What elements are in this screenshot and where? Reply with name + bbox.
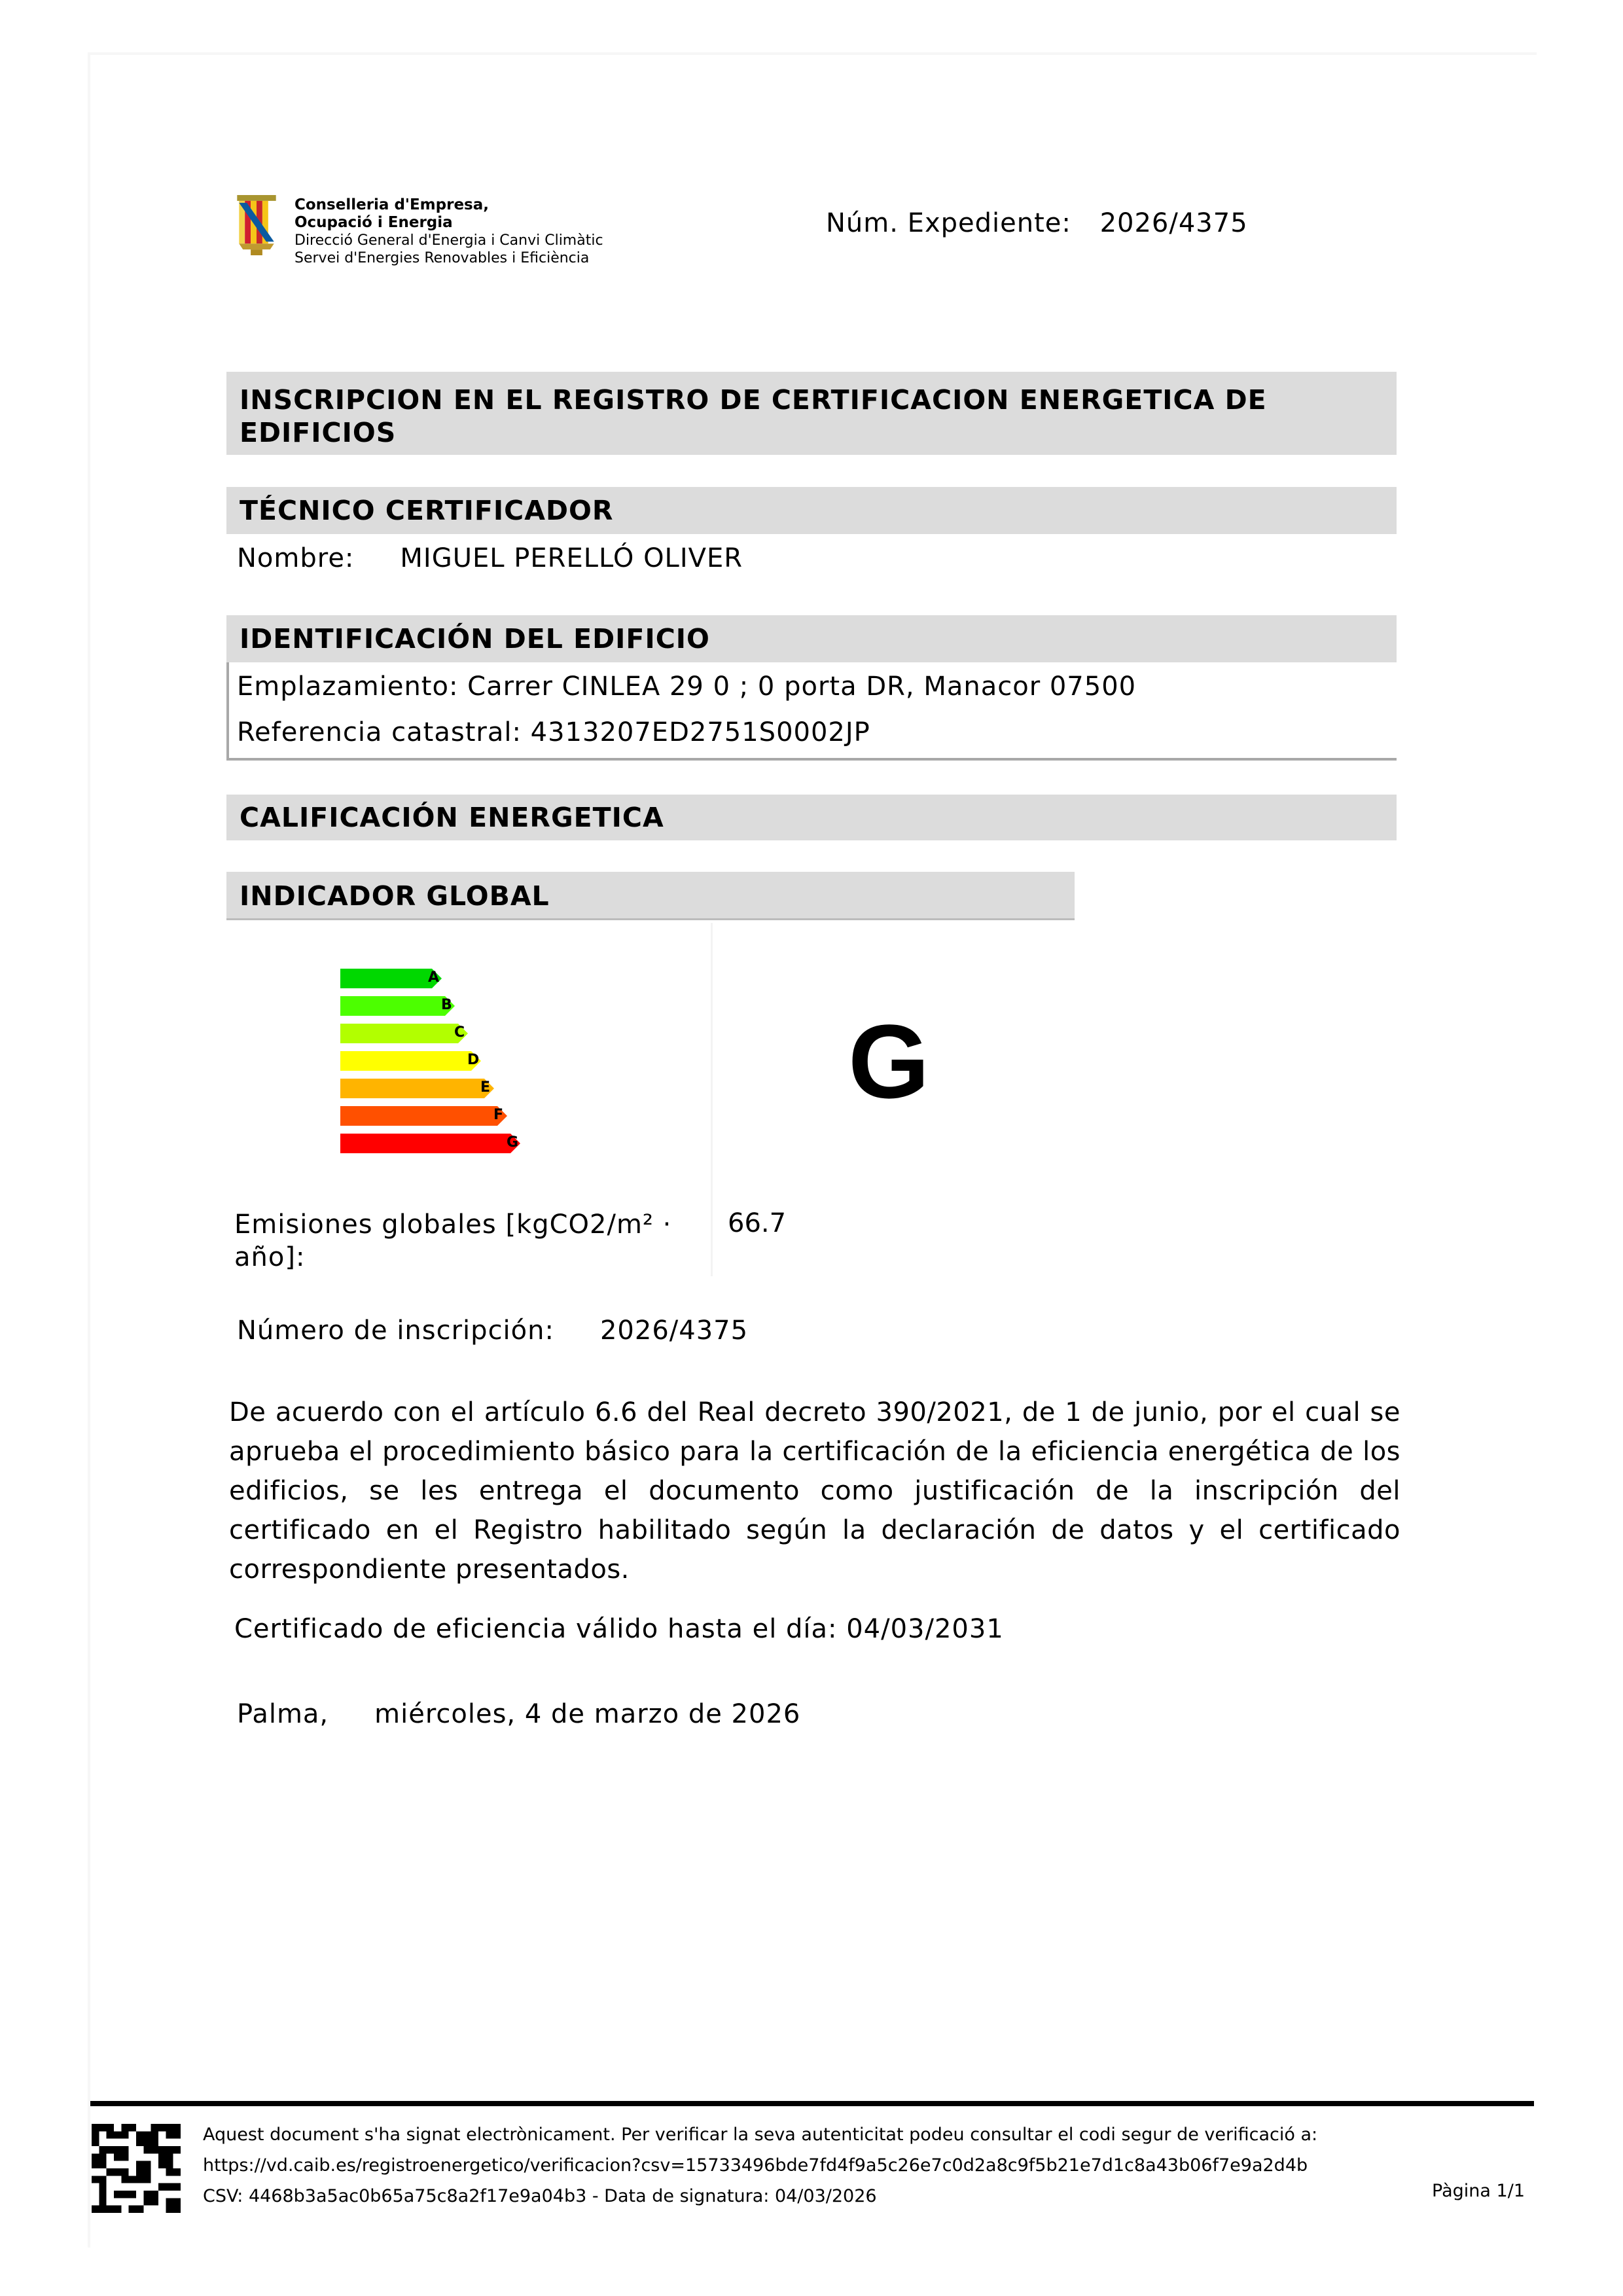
band-letter: A bbox=[428, 969, 439, 986]
section-heading-edificio: IDENTIFICACIÓN DEL EDIFICIO bbox=[226, 615, 1397, 662]
signature-verification: Aquest document s'ha signat electrònicam… bbox=[203, 2119, 1512, 2212]
band-bar bbox=[340, 1024, 458, 1043]
section-heading-calificacion: CALIFICACIÓN ENERGETICA bbox=[226, 795, 1397, 840]
band-letter: C bbox=[454, 1024, 465, 1041]
catastral-value: 4313207ED2751S0002JP bbox=[531, 717, 870, 747]
verification-link[interactable]: https://vd.caib.es/registroenergetico/ve… bbox=[203, 2150, 1512, 2181]
band-letter: D bbox=[467, 1052, 479, 1068]
expediente-label: Núm. Expediente: bbox=[826, 208, 1071, 238]
section-heading-indicador: INDICADOR GLOBAL bbox=[226, 872, 1075, 920]
qr-code-icon[interactable] bbox=[92, 2124, 181, 2213]
footer-line: Aquest document s'ha signat electrònicam… bbox=[203, 2119, 1512, 2150]
place: Palma, bbox=[237, 1699, 329, 1729]
emplazamiento: Emplazamiento: Carrer CINLEA 29 0 ; 0 po… bbox=[237, 672, 1136, 702]
band-letter: B bbox=[441, 997, 452, 1013]
document-title: INSCRIPCION EN EL REGISTRO DE CERTIFICAC… bbox=[226, 372, 1397, 455]
footer-rule bbox=[90, 2101, 1534, 2106]
balearic-government-logo-icon bbox=[237, 195, 276, 257]
validez: Certificado de eficiencia válido hasta e… bbox=[234, 1614, 1004, 1644]
band-letter: E bbox=[480, 1079, 490, 1096]
emplazamiento-value: Carrer CINLEA 29 0 ; 0 porta DR, Manacor… bbox=[467, 672, 1136, 702]
validez-label: Certificado de eficiencia válido hasta e… bbox=[234, 1614, 838, 1644]
inscripcion-label: Número de inscripción: bbox=[237, 1316, 554, 1346]
catastral-label: Referencia catastral: bbox=[237, 717, 522, 747]
page-number: Pàgina 1/1 bbox=[1432, 2181, 1525, 2201]
nombre-value: MIGUEL PERELLÓ OLIVER bbox=[400, 543, 743, 573]
emplazamiento-label: Emplazamiento: bbox=[237, 672, 458, 702]
band-bar bbox=[340, 1106, 497, 1126]
referencia-catastral: Referencia catastral: 4313207ED2751S0002… bbox=[237, 717, 870, 747]
footer-line: CSV: 4468b3a5ac0b65a75c8a2f17e9a04b3 - D… bbox=[203, 2181, 1512, 2212]
fecha-lugar: Palma,miércoles, 4 de marzo de 2026 bbox=[237, 1699, 800, 1729]
issuer-name: Conselleria d'Empresa, Ocupació i Energi… bbox=[294, 196, 603, 267]
band-letter: G bbox=[507, 1134, 518, 1151]
energy-rating-letter: G bbox=[848, 1001, 929, 1122]
divider bbox=[711, 923, 713, 1276]
validez-value: 04/03/2031 bbox=[846, 1614, 1004, 1644]
nombre-label: Nombre: bbox=[237, 543, 354, 573]
issuer-line: Direcció General d'Energia i Canvi Climà… bbox=[294, 232, 603, 249]
emisiones-label: Emisiones globales [kgCO2/m² · año]: bbox=[234, 1208, 705, 1274]
date: miércoles, 4 de marzo de 2026 bbox=[374, 1699, 800, 1729]
band-bar bbox=[340, 1079, 484, 1098]
band-bar bbox=[340, 996, 445, 1016]
inscripcion-value: 2026/4375 bbox=[600, 1316, 748, 1346]
expediente-value: 2026/4375 bbox=[1100, 208, 1248, 238]
band-bar bbox=[340, 969, 432, 988]
band-letter: F bbox=[493, 1107, 503, 1123]
legal-paragraph: De acuerdo con el artículo 6.6 del Real … bbox=[229, 1393, 1400, 1589]
band-bar bbox=[340, 1051, 471, 1071]
emisiones-value: 66.7 bbox=[728, 1208, 786, 1238]
section-heading-tecnico: TÉCNICO CERTIFICADOR bbox=[226, 487, 1397, 534]
expediente-number: Núm. Expediente: 2026/4375 bbox=[826, 208, 1248, 238]
tecnico-nombre: Nombre:MIGUEL PERELLÓ OLIVER bbox=[237, 543, 743, 573]
issuer-line: Ocupació i Energia bbox=[294, 214, 603, 232]
numero-inscripcion: Número de inscripción:2026/4375 bbox=[237, 1316, 748, 1346]
issuer-line: Conselleria d'Empresa, bbox=[294, 196, 603, 214]
issuer-line: Servei d'Energies Renovables i Eficiènci… bbox=[294, 249, 603, 267]
band-bar bbox=[340, 1134, 510, 1153]
